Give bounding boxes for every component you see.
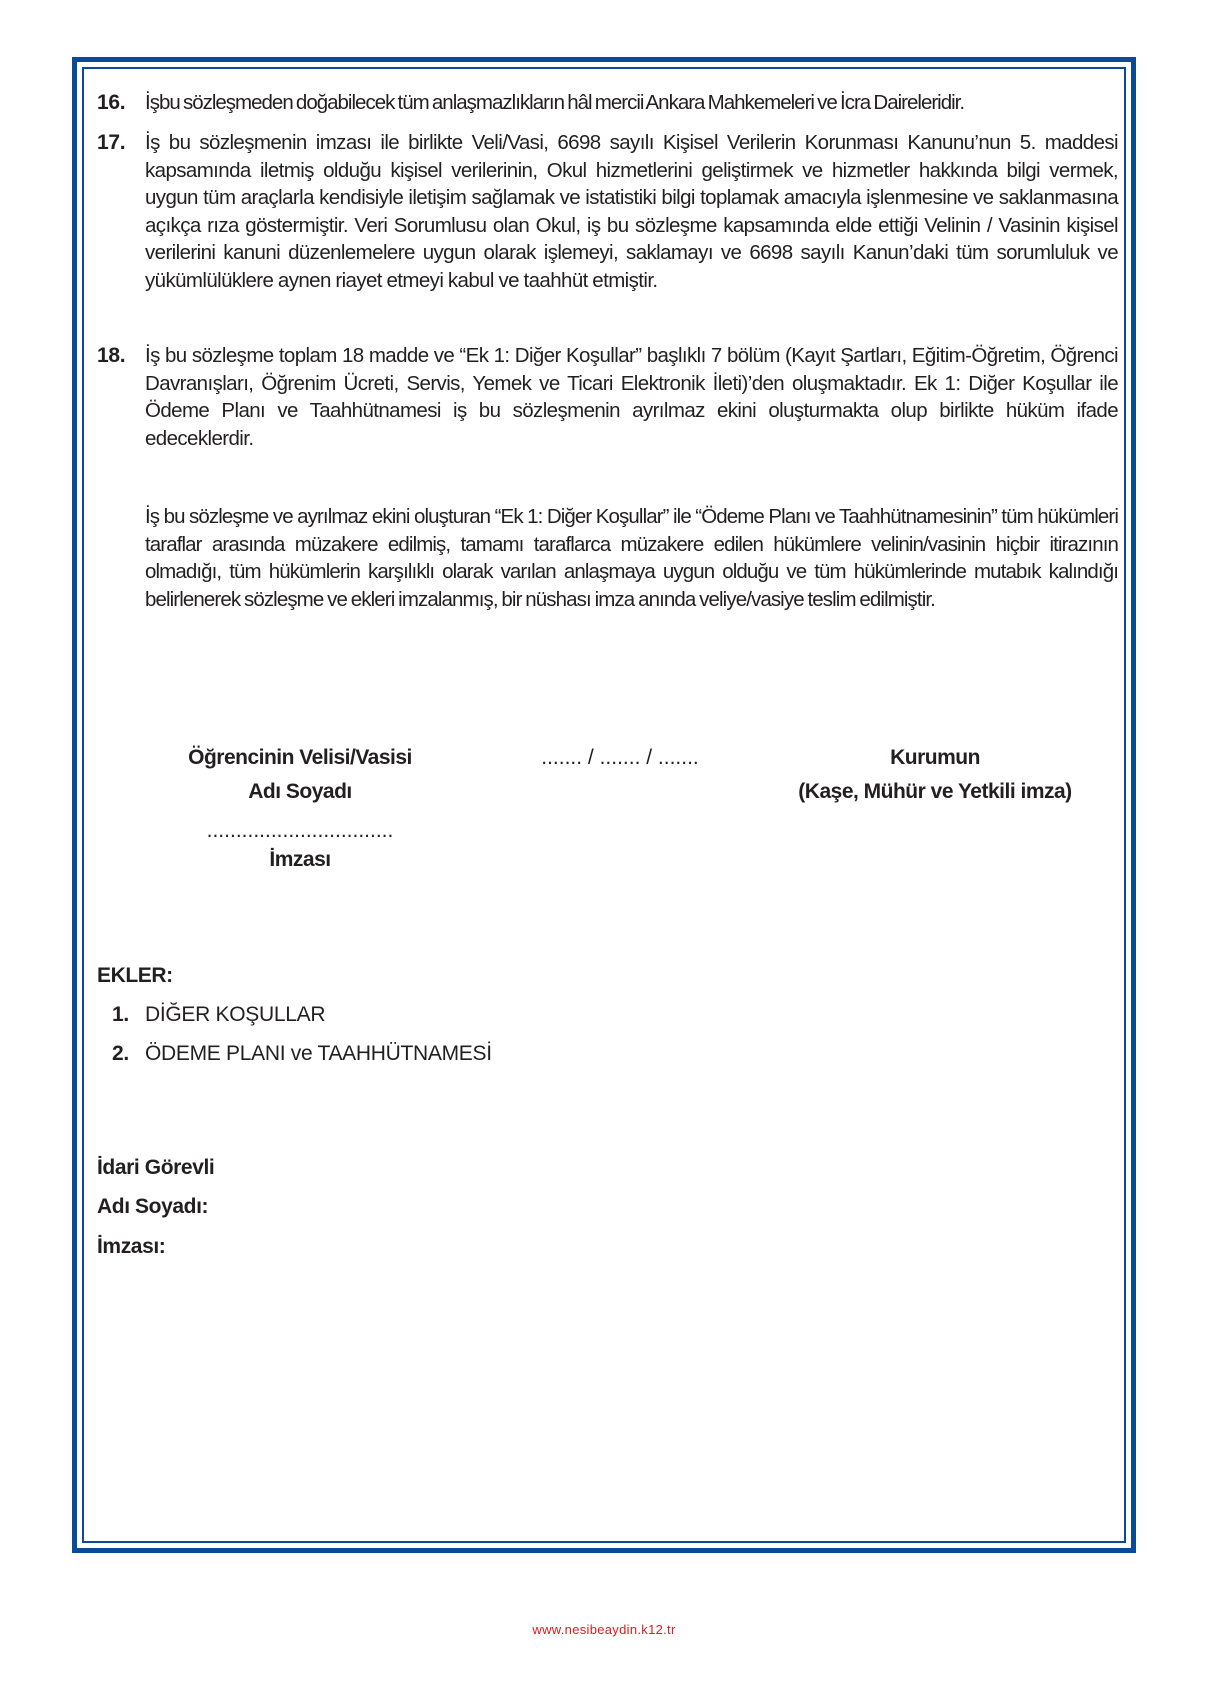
institution-title: Kurumun [760, 741, 1110, 775]
official-signature-label: İmzası: [97, 1233, 165, 1261]
attachments-heading: EKLER: [97, 962, 173, 990]
clause-text: İş bu sözleşmenin imzası ile birlikte Ve… [145, 129, 1118, 294]
footer-url[interactable]: www.nesibeaydin.k12.tr [0, 1622, 1208, 1637]
clause-text: İş bu sözleşme toplam 18 madde ve “Ek 1:… [145, 342, 1118, 452]
guardian-signature-label: İmzası [150, 843, 450, 877]
clause-16: 16. İşbu sözleşmeden doğabilecek tüm anl… [97, 89, 1118, 117]
clause-number: 17. [97, 129, 125, 157]
clause-number: 18. [97, 342, 125, 370]
guardian-signature-line: ................................ [150, 819, 450, 843]
official-name-label: Adı Soyadı: [97, 1193, 208, 1221]
attachment-number: 1. [112, 1001, 145, 1029]
attachment-item: 2.ÖDEME PLANI ve TAAHHÜTNAMESİ [112, 1040, 492, 1068]
guardian-signature-block: Öğrencinin Velisi/Vasisi Adı Soyadı ....… [150, 741, 450, 877]
institution-signature-block: Kurumun (Kaşe, Mühür ve Yetkili imza) [760, 741, 1110, 809]
attachment-label: DİĞER KOŞULLAR [145, 1003, 325, 1026]
guardian-title: Öğrencinin Velisi/Vasisi [150, 741, 450, 775]
clause-text: İşbu sözleşmeden doğabilecek tüm anlaşma… [145, 89, 1118, 117]
official-title: İdari Görevli [97, 1154, 214, 1182]
clause-18: 18. İş bu sözleşme toplam 18 madde ve “E… [97, 342, 1118, 462]
guardian-name-label: Adı Soyadı [150, 775, 450, 809]
attachment-label: ÖDEME PLANI ve TAAHHÜTNAMESİ [145, 1042, 492, 1065]
attachment-number: 2. [112, 1040, 145, 1068]
clause-number: 16. [97, 89, 125, 117]
closing-paragraph: İş bu sözleşme ve ayrılmaz ekini oluştur… [145, 503, 1118, 613]
institution-stamp-label: (Kaşe, Mühür ve Yetkili imza) [760, 775, 1110, 809]
attachment-item: 1.DİĞER KOŞULLAR [112, 1001, 325, 1029]
clause-17: 17. İş bu sözleşmenin imzası ile birlikt… [97, 129, 1118, 329]
date-placeholder: ....... / ....... / ....... [520, 741, 720, 775]
